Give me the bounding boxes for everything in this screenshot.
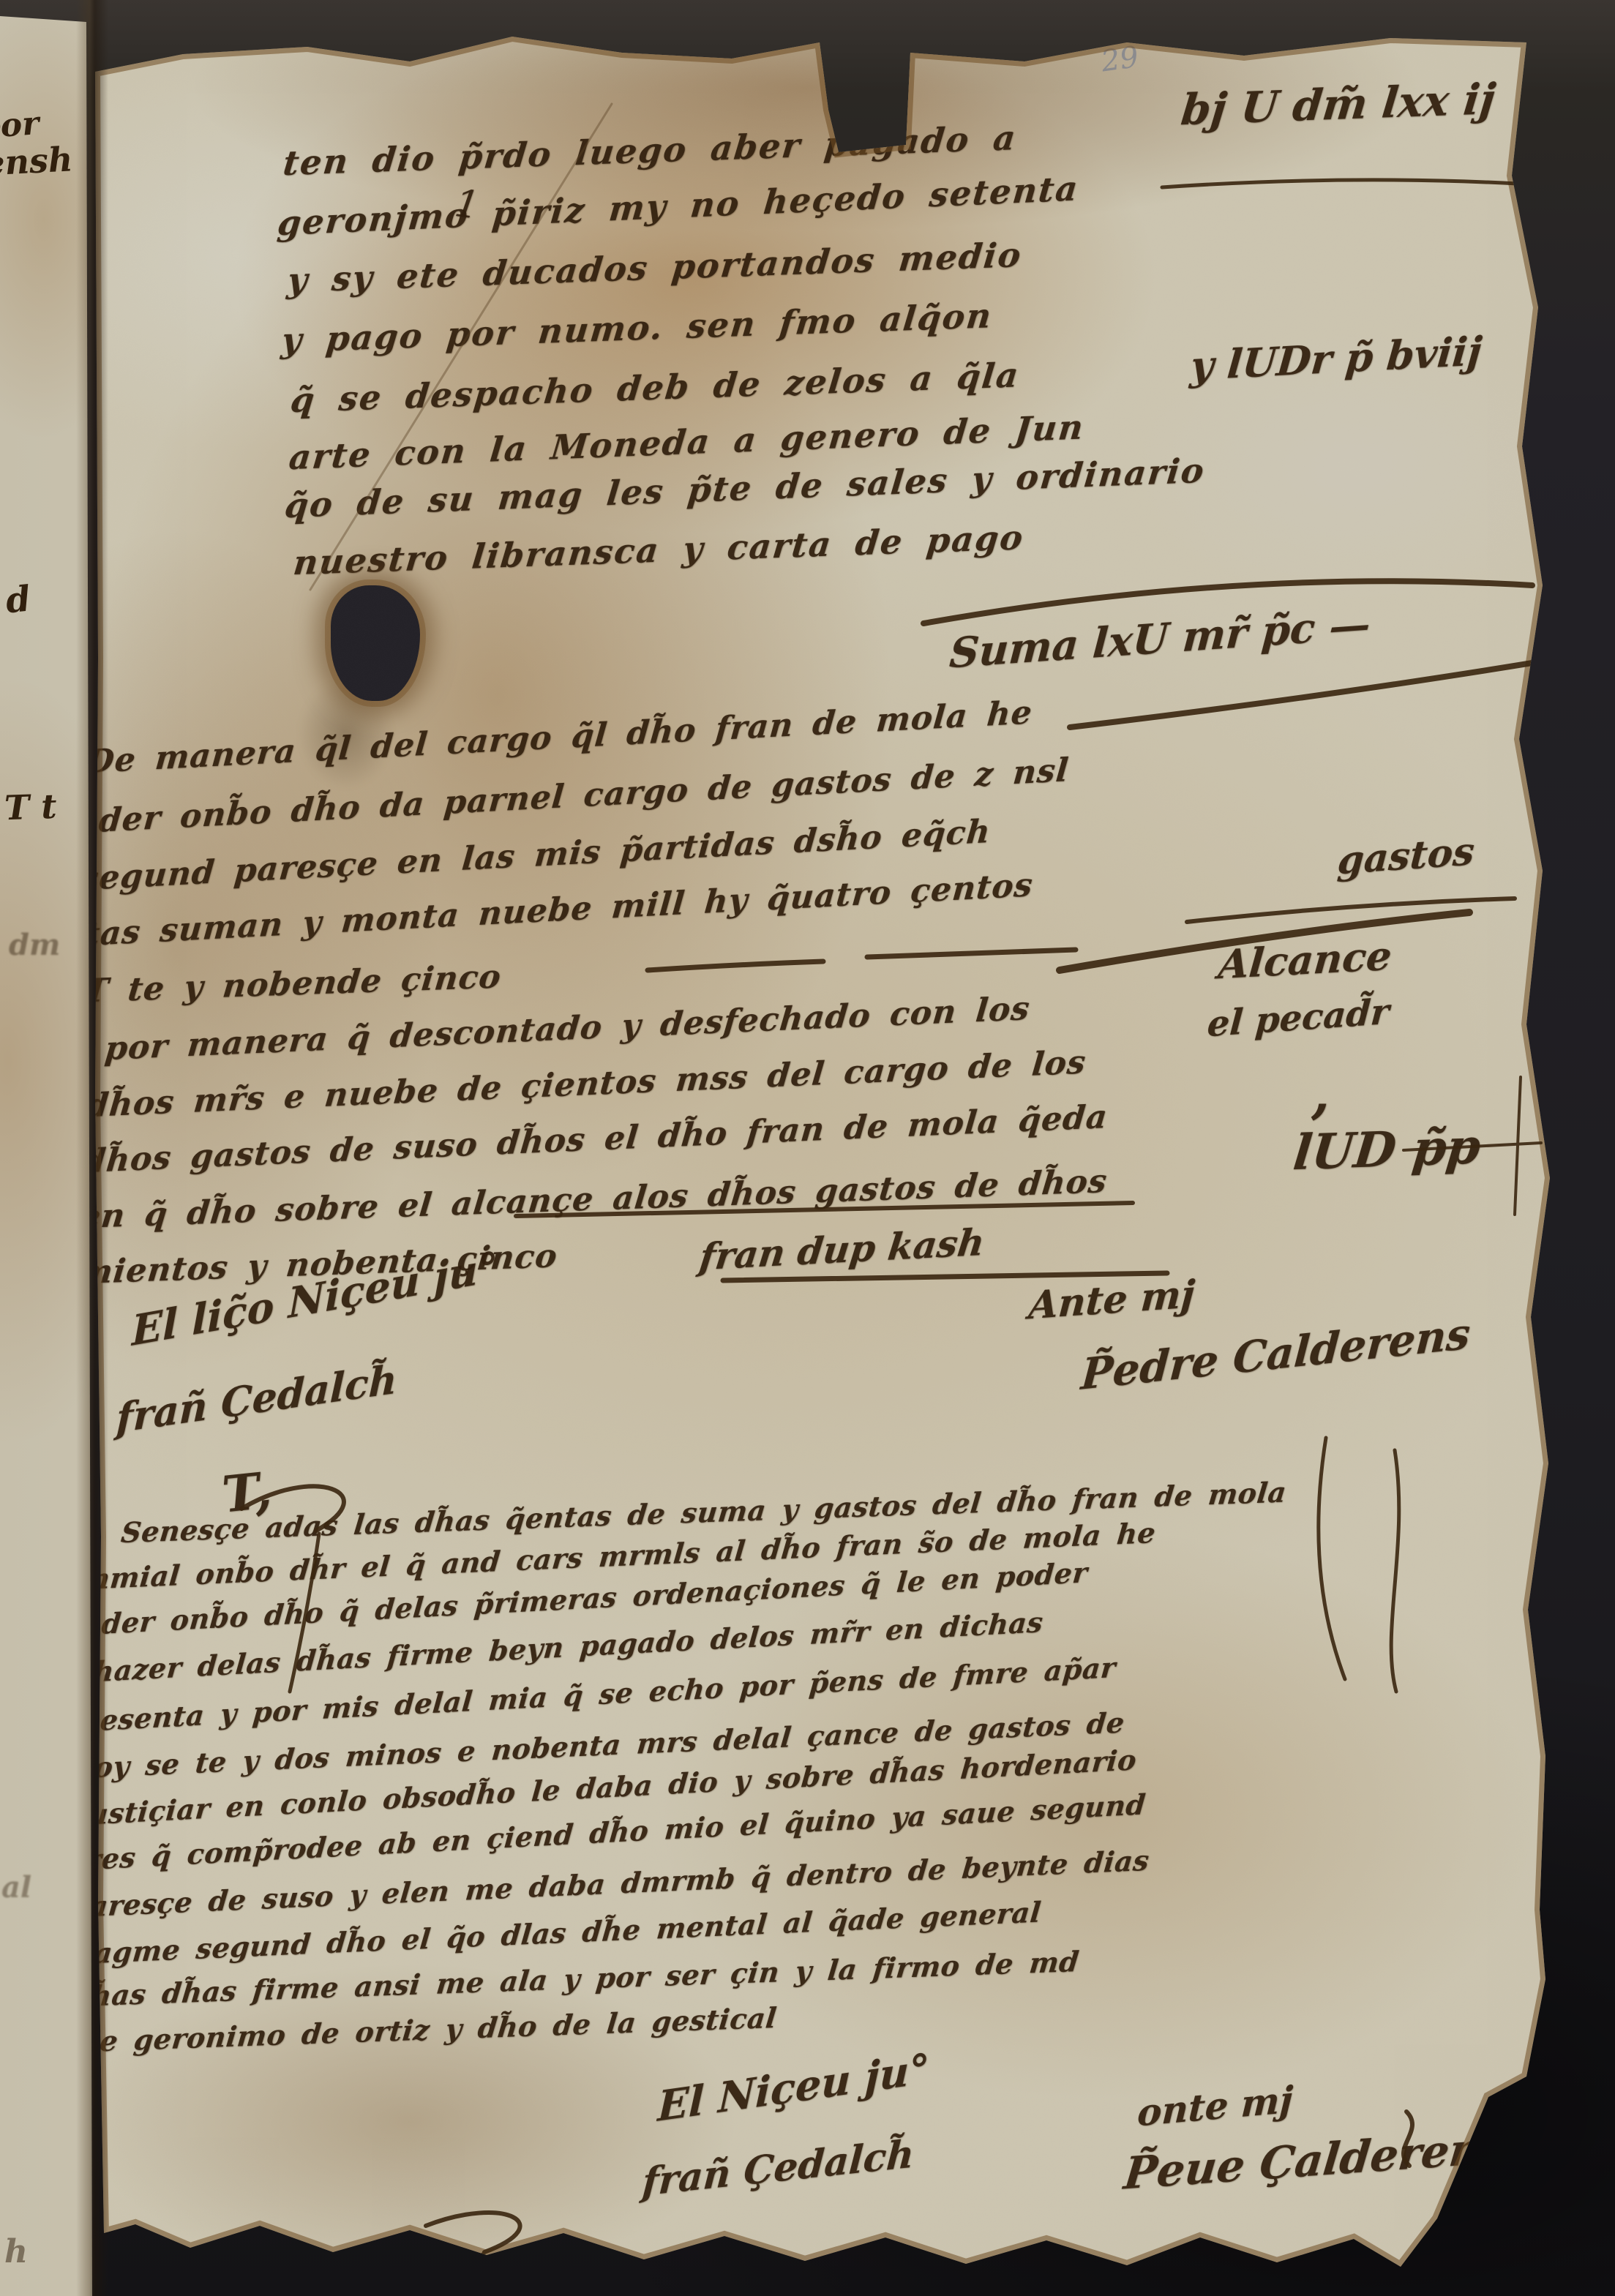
entry1-line: nuestro libransca y carta de pago — [291, 517, 1026, 582]
entry1-line: y pago por numo. sen fmo alq̃on — [280, 296, 994, 360]
signature-cedalch: frañ Çedalch̃ — [116, 1355, 398, 1442]
signature-notary-2: P̃eue Çalderens — [1122, 2122, 1509, 2200]
margin-note-alcance-sub: el pecad̃r — [1206, 991, 1390, 1046]
signature-clerk: fran dup kash — [697, 1220, 987, 1279]
suma-total: Suma lxU mr̃ p̃c — — [948, 600, 1371, 678]
header-amount: bj U dm̃ lxx ij — [1179, 74, 1498, 135]
signature-cedalch-2: frañ Çedalch̃ — [641, 2131, 915, 2205]
entry1-line: ten dio p̃rdo luego aber pagado a — [281, 118, 1019, 183]
strip-fragment: por — [0, 105, 40, 146]
manuscript-page: 29 1 bj U dm̃ lxx ij ten dio p̃rdo luego… — [0, 0, 1615, 2296]
strip-fragment: tensh — [0, 139, 74, 184]
strip-fragment: h — [4, 2233, 28, 2270]
entry1-line: y sy ete ducados portandos medio — [285, 235, 1024, 300]
entry1-margin-amount: y lUDr p̃ bviij — [1188, 327, 1483, 389]
ante-mi-label: Ante mj — [1027, 1272, 1196, 1328]
notary-rubric — [1448, 2221, 1469, 2268]
margin-note-alcance: Alcance — [1216, 932, 1393, 988]
strip-fragment: T t — [4, 787, 57, 828]
entry1-line: q̃ se despacho deb de zelos a q̃la — [288, 355, 1022, 420]
ante-mi-label-2: onte mj — [1136, 2077, 1294, 2134]
entry1-line: geronjmo p̃iriz my no heçedo setenta — [276, 168, 1081, 243]
strip-fragment: dm — [9, 928, 60, 962]
entry4-line: de geronimo de ortiz y dh̃o de la gestic… — [78, 2001, 778, 2058]
rubric-flourish — [470, 2252, 502, 2276]
paper-hole — [331, 585, 420, 701]
strip-fragment: al — [1, 1870, 31, 1905]
margin-amount: lUD p̃p — [1291, 1117, 1483, 1181]
entry2-line: IT te y nobende çinco — [67, 958, 503, 1010]
margin-comma: , — [1311, 1062, 1330, 1125]
folio-number-pencil: 29 — [1099, 40, 1141, 79]
strip-fragment: d — [4, 578, 32, 621]
signature-licenciado-2: El Niçeu ju° — [657, 2044, 931, 2131]
signature-notary: P̃edre Calderens — [1079, 1308, 1472, 1400]
manuscript-photo: por tensh d T t dm al h 29 1 bj U dm̃ lx… — [0, 0, 1615, 2296]
margin-note-gastos: gastos — [1336, 829, 1476, 884]
